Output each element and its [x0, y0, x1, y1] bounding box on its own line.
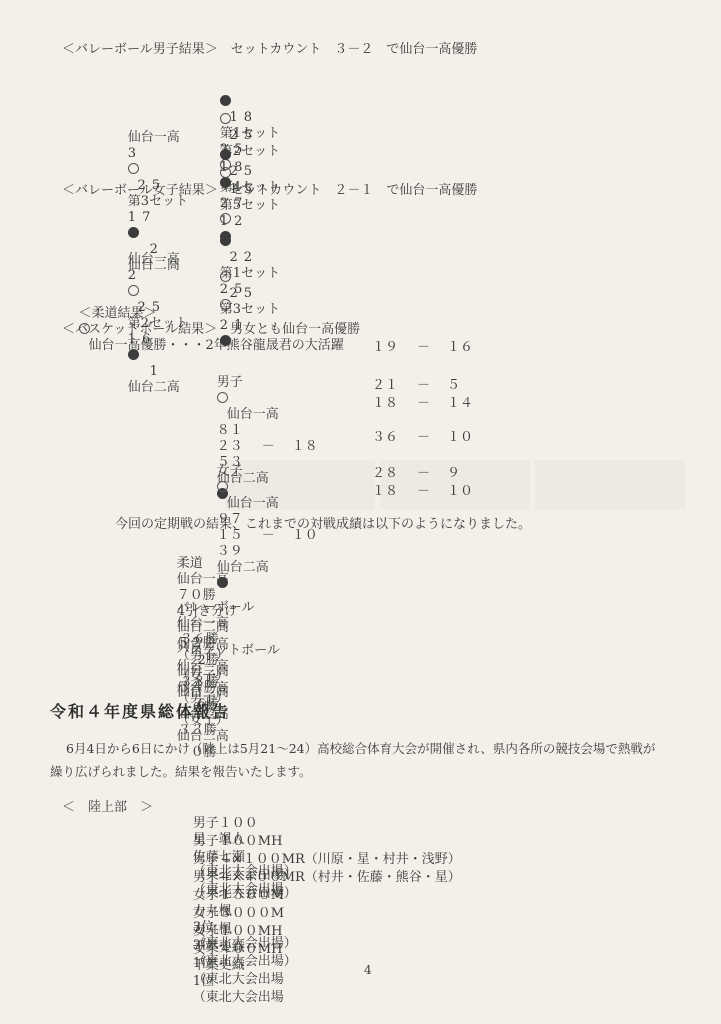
- show-through-block: [535, 460, 685, 510]
- team-left: 仙台一高: [227, 496, 297, 512]
- filled-circle-icon: [220, 235, 231, 246]
- q-right: １０: [447, 430, 473, 445]
- volleyball-women-heading: ＜バレーボール女子結果＞ セットカウント ２－１ で仙台一高優勝: [62, 183, 477, 199]
- set-row: 18 第1セット 25: [195, 78, 308, 94]
- q-right: １４: [447, 396, 473, 411]
- set-count-right: 1: [128, 364, 180, 380]
- set-count-left: 2: [128, 268, 148, 284]
- q-right: ９: [447, 466, 460, 481]
- records-row: 柔道 仙台一高 ７０勝 4引き分け 仙台二高 ５２勝: [152, 540, 325, 556]
- set-row: 25 第2セット 18: [195, 96, 308, 112]
- judo-heading: ＜柔道結果＞: [79, 306, 217, 322]
- open-circle-icon: [217, 481, 228, 492]
- q-left: １９: [372, 340, 417, 356]
- result-row: 女子１５００M 力丸楓 3位 （東北大会出場）: [168, 872, 423, 888]
- set-label: 第5セット: [220, 198, 308, 214]
- basketball-men-summary: 男子 仙台一高 ８１ ２３－１８ ５３ 仙台二高: [192, 359, 360, 375]
- q-right: １０: [447, 484, 473, 499]
- page-number: 4: [364, 962, 372, 978]
- records-row: 仙台一高 2勝 （女子） 仙台二高 ０勝: [152, 605, 325, 621]
- set-count-left: 3: [128, 146, 148, 162]
- team-a: 仙台一高: [177, 681, 245, 697]
- q-left: ２８: [372, 466, 417, 482]
- intro-line-2: 繰り広げられました。結果を報告いたします。: [50, 764, 312, 780]
- team-left: 仙台一高: [128, 130, 200, 146]
- result-row: 男子１００MH 佐藤七瀬 （東北大会出場: [168, 818, 423, 834]
- quarter-row: ２８－９: [372, 466, 460, 482]
- volleyball-men-heading: ＜バレーボール男子結果＞ セットカウント ３－２ で仙台一高優勝: [62, 42, 477, 58]
- section-title: 令和４年度県総体報告: [50, 704, 230, 720]
- judo-result: 仙台一高優勝・・・2年熊谷龍晟君の大活躍: [89, 338, 344, 353]
- score-right: 17: [128, 210, 174, 226]
- records-row: バレーボール 仙台一高 ３６勝 （男子） 仙台二高 ３４勝: [152, 584, 325, 600]
- note: （東北大会出場: [193, 990, 284, 1005]
- q-left: ２１: [372, 378, 417, 394]
- total-left: ８１: [217, 423, 265, 439]
- athlete: 千葉史織: [193, 958, 423, 974]
- set-row: 25 第3セット 21: [195, 254, 308, 270]
- place: 1位: [193, 974, 237, 990]
- result-row: 男子４×１００MR（川原・星・村井・浅野） （東北大会出場）: [168, 836, 609, 852]
- q-right: ５: [447, 378, 460, 393]
- open-circle-icon: [128, 163, 139, 174]
- quarter-row: ２１－５: [372, 378, 460, 394]
- q-left: ３６: [372, 430, 417, 446]
- result-row: 女子３０００M 力丸楓 3位 （東北大会出場）: [168, 890, 423, 906]
- document-page: ＜バレーボール男子結果＞ セットカウント ３－２ で仙台一高優勝 18 第1セッ…: [0, 0, 721, 1024]
- team-right: 仙台二高: [128, 380, 180, 395]
- open-circle-icon: [220, 167, 231, 178]
- open-circle-icon: [220, 113, 231, 124]
- quarter-row: １９－１６: [372, 340, 473, 356]
- intro-line-1: 6月4日から6日にかけ（陸上は5月21～24）高校総合体育大会が開催され、県内各…: [66, 741, 655, 757]
- set-row: 25 第4セット 27: [195, 132, 308, 148]
- gender-label: 女子: [217, 464, 269, 480]
- result-row: 女子４００MH 千葉史織 1位 （東北大会出場: [168, 926, 423, 942]
- open-circle-icon: [217, 392, 228, 403]
- basketball-heading: ＜バスケットボール結果＞ 男女とも仙台一高優勝: [62, 322, 360, 338]
- set-row: 22 第1セット 25: [195, 218, 308, 234]
- records-intro: 今回の定期戦の結果、これまでの対戦成績は以下のようになりました。: [115, 517, 531, 533]
- basketball-women-summary: 女子 仙台一高 ９７ １５－１０ ３９ 仙台二高: [192, 448, 360, 464]
- quarter-row: ３６－１０: [372, 430, 473, 446]
- sport: 柔道: [177, 556, 325, 572]
- club-label: ＜ 陸上部 ＞: [62, 800, 153, 816]
- result-row: 女子１００MH 千葉史織 1位 （東北大会出場: [168, 908, 423, 924]
- set-row-with-teams: 仙台一高 3 25 第3セット 17 2 仙台二高: [103, 114, 216, 130]
- set-row-with-teams: 仙台一高 2 25 第2セット 16 1 仙台二高: [103, 236, 216, 252]
- event: 女子４００MH: [193, 942, 335, 958]
- q-right: １６: [447, 340, 473, 355]
- set-row: 15 第5セット 12: [195, 150, 308, 166]
- result-row: 男子１００ 星 颯人 （東北大会出場）: [168, 800, 423, 816]
- open-circle-icon: [220, 271, 231, 282]
- quarter-row: １８－１０: [372, 484, 473, 500]
- result-row: 男子４×４００MR（村井・佐藤・熊谷・星） （東北大会出場）: [168, 854, 609, 870]
- team-left: 仙台一高: [128, 252, 200, 268]
- team-left: 仙台一高: [227, 407, 297, 423]
- records-row: バスケットボール 仙台一高 ３８勝 （男子） 仙台二高 ３３勝: [152, 627, 325, 643]
- judo-result-line: ＜柔道結果＞ 仙台一高優勝・・・2年熊谷龍晟君の大活躍: [62, 290, 344, 306]
- quarter-row: １８－１４: [372, 396, 473, 412]
- q-left: １８: [372, 396, 417, 412]
- records-row: 仙台一高 6勝 （女子） 仙台二高 ０勝: [152, 649, 325, 665]
- gender-label: 男子: [217, 375, 269, 391]
- q-left: １８: [372, 484, 417, 500]
